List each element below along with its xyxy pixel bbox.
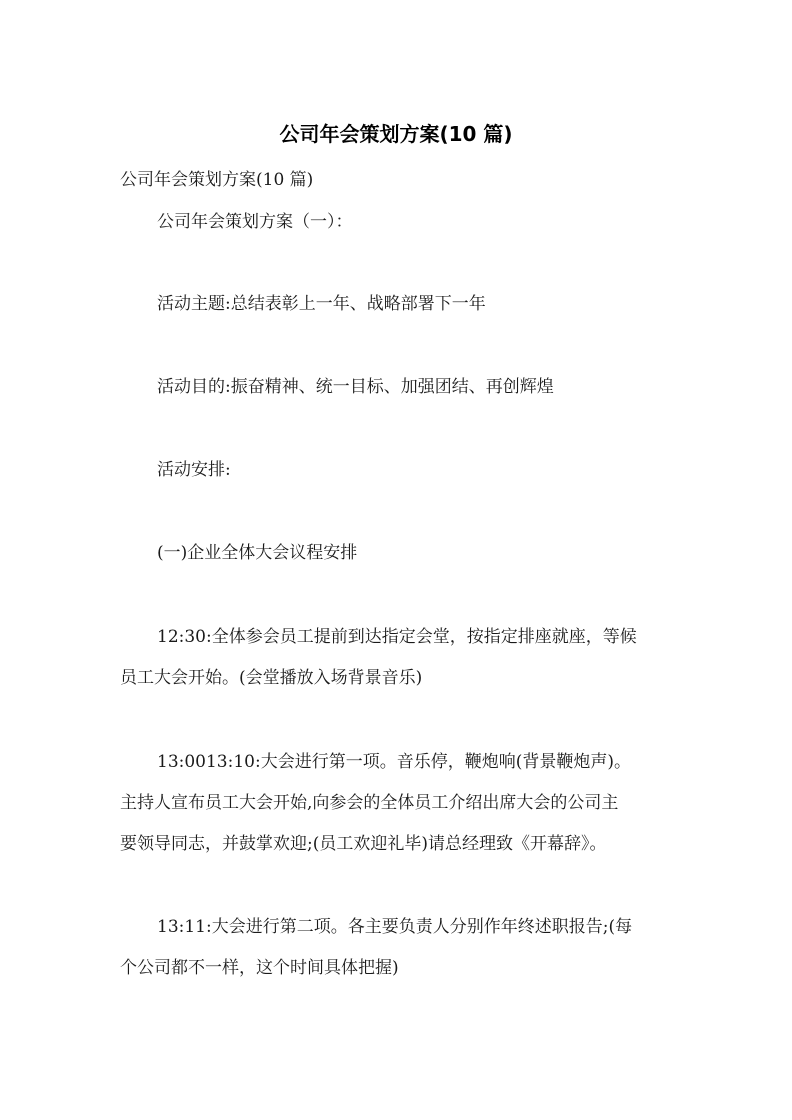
- agenda-item-3-line-2: 个公司都不一样，这个时间具体把握): [120, 958, 399, 978]
- agenda-heading: (一)企业全体大会议程安排: [157, 543, 357, 563]
- agenda-item-3-line-1: 13:11:大会进行第二项。各主要负责人分别作年终述职报告;(每: [157, 917, 632, 937]
- agenda-item-1-line-2: 员工大会开始。(会堂播放入场背景音乐): [120, 668, 422, 688]
- agenda-item-2-line-3: 要领导同志，并鼓掌欢迎;(员工欢迎礼毕)请总经理致《开幕辞》。: [120, 834, 607, 854]
- document-subtitle: 公司年会策划方案(10 篇): [120, 170, 313, 190]
- activity-purpose: 活动目的:振奋精神、统一目标、加强团结、再创辉煌: [157, 377, 554, 397]
- activity-arrangement-label: 活动安排:: [157, 460, 231, 480]
- document-page: 公司年会策划方案(10 篇) 公司年会策划方案(10 篇) 公司年会策划方案（一…: [0, 0, 792, 1120]
- activity-theme: 活动主题:总结表彰上一年、战略部署下一年: [157, 294, 486, 314]
- agenda-item-2-line-1: 13:0013:10:大会进行第一项。音乐停，鞭炮响(背景鞭炮声)。: [157, 752, 631, 772]
- agenda-item-2-line-2: 主持人宣布员工大会开始,向参会的全体员工介绍出席大会的公司主: [120, 793, 618, 813]
- document-title: 公司年会策划方案(10 篇): [0, 118, 792, 147]
- section-heading: 公司年会策划方案（一）：: [157, 212, 353, 232]
- agenda-item-1-line-1: 12:30:全体参会员工提前到达指定会堂，按指定排座就座，等候: [157, 627, 637, 647]
